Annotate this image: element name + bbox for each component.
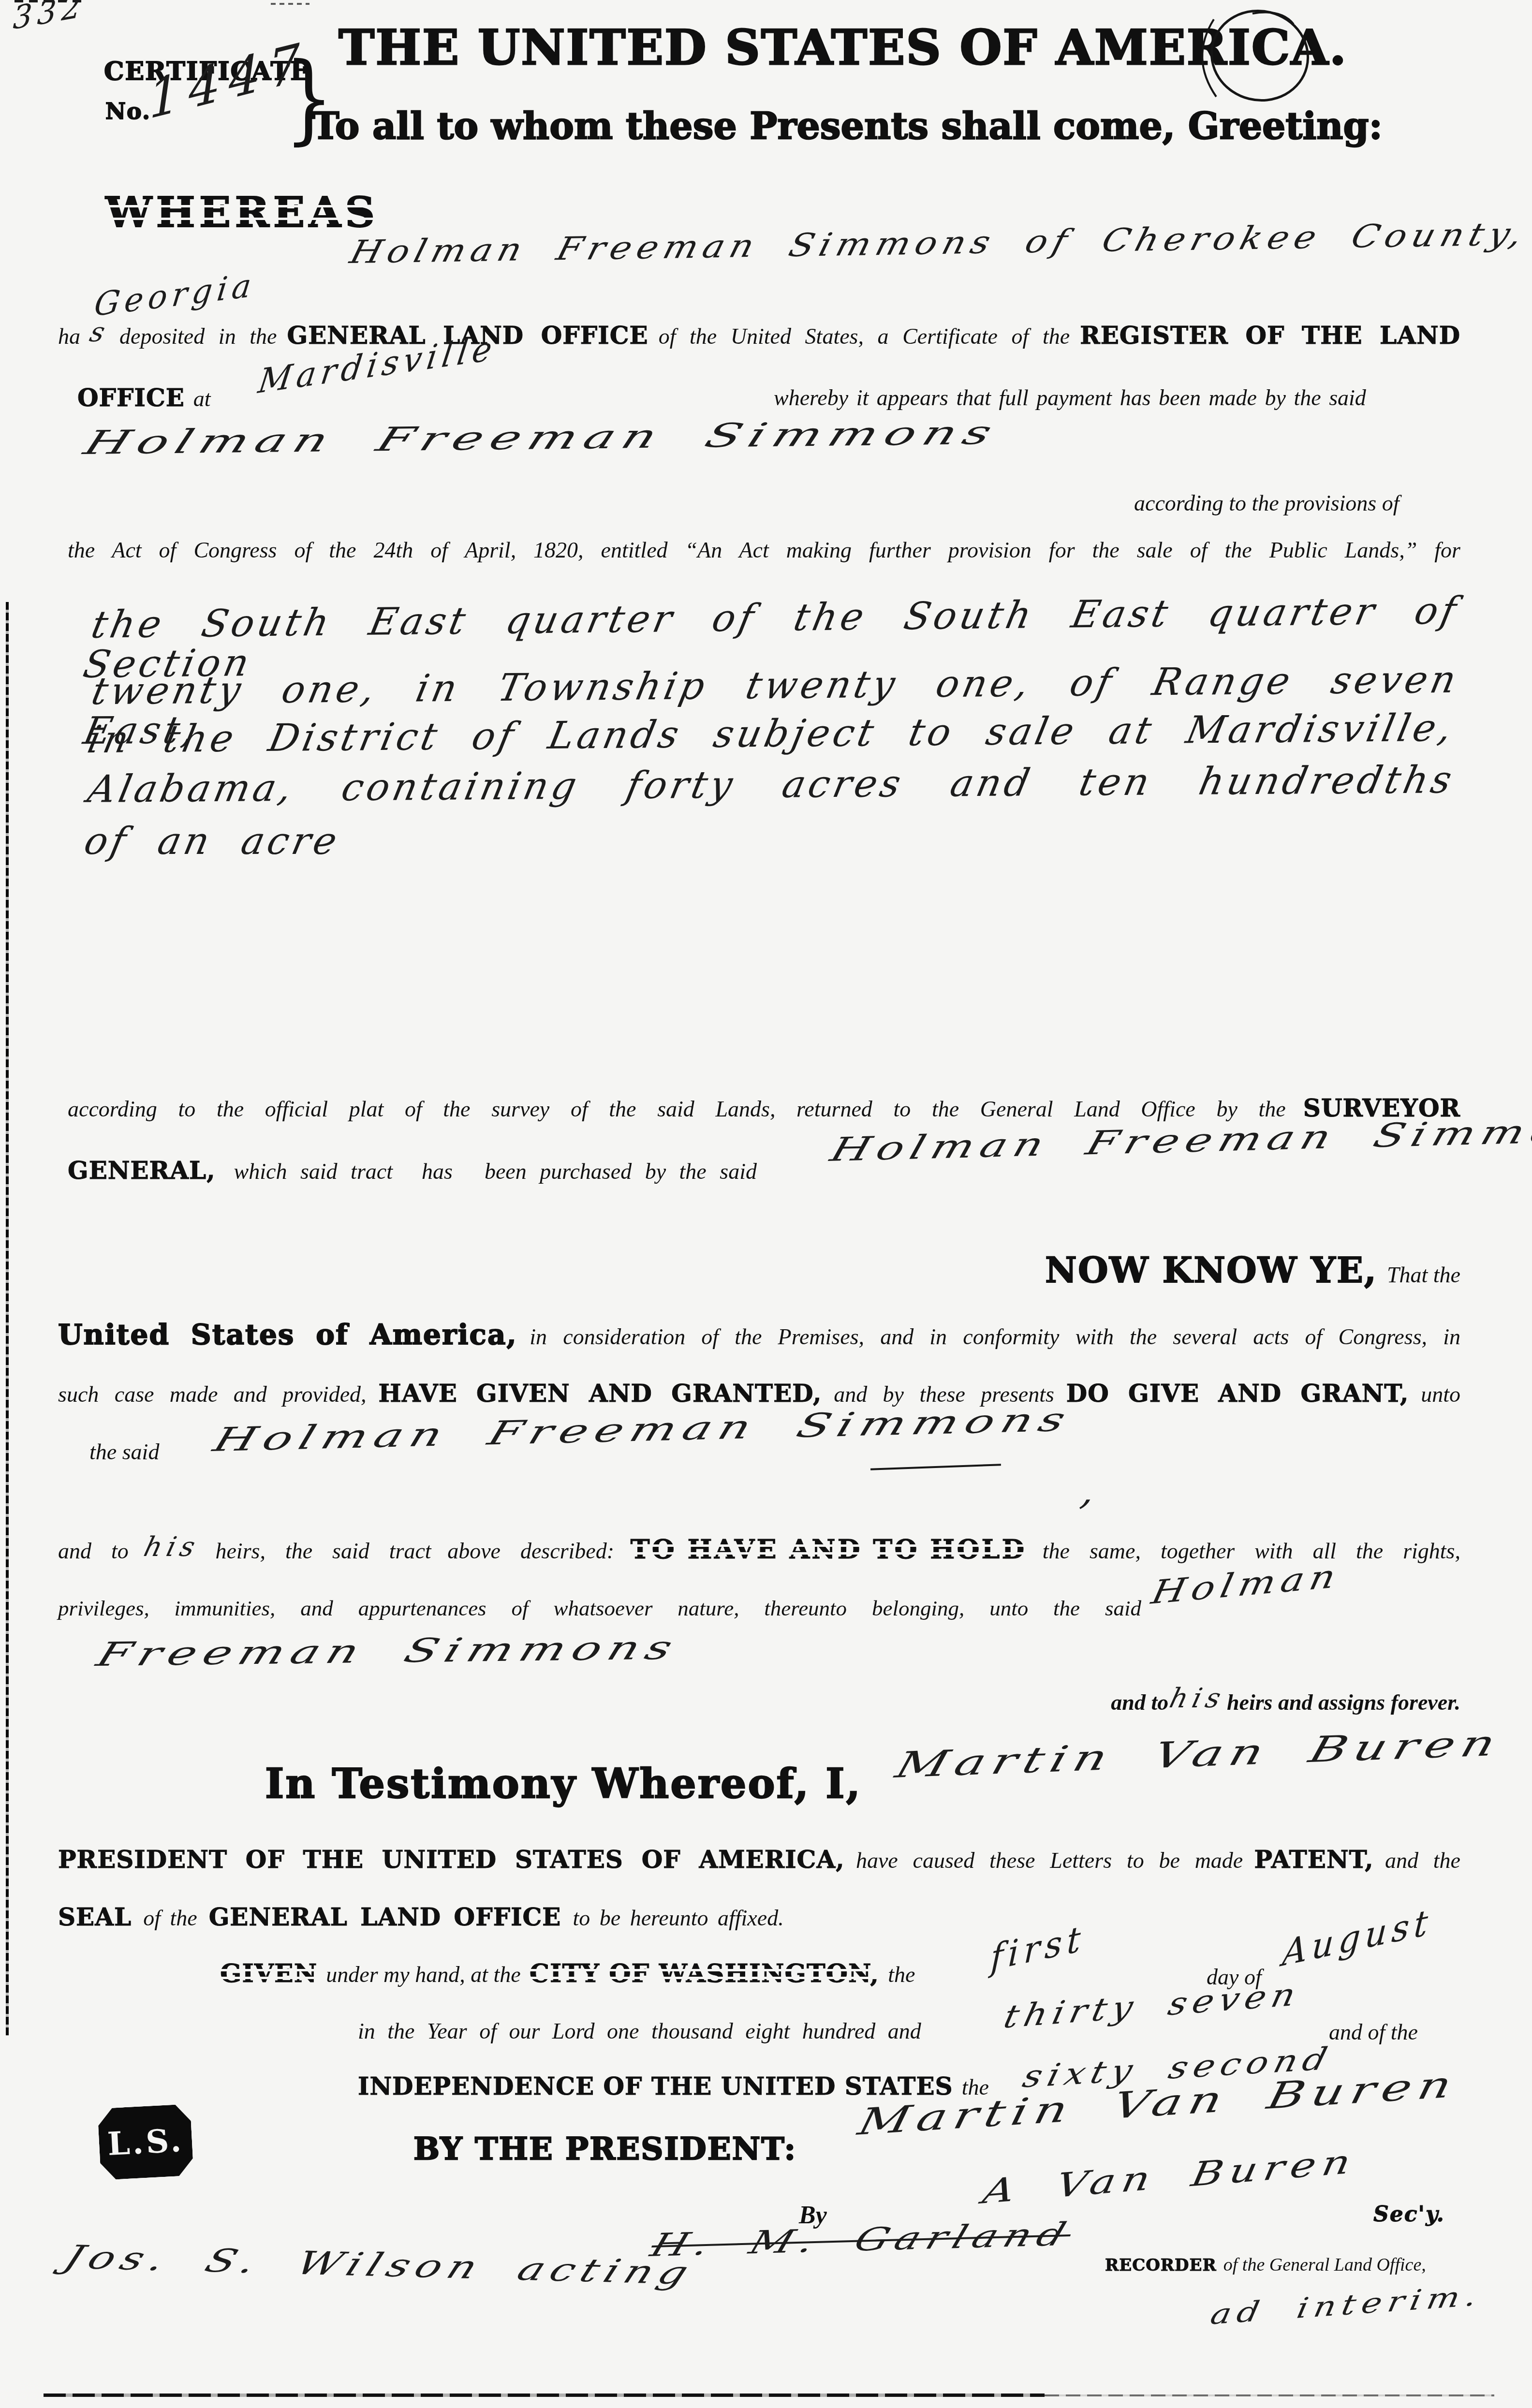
ad-interim-handwritten: ad interim.: [1208, 2280, 1485, 2330]
scan-edge-dashes-top-mid: [271, 3, 309, 5]
certificate-no-label: No.: [105, 100, 151, 124]
do-give-caps: DO GIVE AND GRANT,: [1066, 1379, 1409, 1408]
now-know-ye-line: NOW KNOW YE, That the: [1045, 1251, 1460, 1289]
have-given-caps: HAVE GIVEN AND GRANTED,: [378, 1379, 822, 1408]
the-said-label: the said: [89, 1440, 159, 1464]
described-text: above described:: [447, 1539, 614, 1563]
general-caps: GENERAL,: [68, 1156, 216, 1185]
president-of-us-caps: PRESIDENT OF THE UNITED STATES OF AMERIC…: [58, 1845, 845, 1874]
deposited-text: deposited in the: [119, 324, 277, 349]
usa-consideration-line: United States of America, in considerati…: [58, 1320, 1460, 1350]
such-case-text: such case made and provided,: [58, 1382, 367, 1407]
in-testimony-blackletter: In Testimony Whereof, I,: [265, 1762, 862, 1806]
and-of-the-text: and of the: [1329, 2020, 1418, 2044]
grantee-name-repeat: Holman Freeman Simmons: [209, 1402, 1076, 1458]
grantee-rest-name: Freeman Simmons: [92, 1630, 684, 1673]
to-have-line: and to his heirs, the said tract above d…: [58, 1536, 1460, 1564]
grant-line: such case made and provided, HAVE GIVEN …: [58, 1381, 1460, 1407]
signature-flourish-dash: [870, 1464, 1001, 1470]
provisions-line: according to the provisions of: [1134, 491, 1399, 515]
land-description-line-5: of an acre: [81, 821, 344, 862]
at-word: at: [193, 386, 211, 411]
deposited-line: ha s deposited in the GENERAL LAND OFFIC…: [58, 321, 1460, 350]
register-caps: REGISTER OF THE LAND: [1080, 321, 1460, 350]
the-word-1: the: [888, 1962, 915, 1987]
given-line: GIVEN under my hand, at the CITY OF WASH…: [220, 1960, 915, 1987]
president-name-signature-line: Martin Van Buren: [891, 1724, 1506, 1785]
general-purchased-line: GENERAL, which said tract has been purch…: [68, 1158, 757, 1184]
month-value-handwritten: August: [1281, 1902, 1433, 1973]
which-said-tract: which said tract: [234, 1159, 393, 1184]
deposited-ha: ha: [58, 324, 80, 349]
act-of-congress-line: the Act of Congress of the 24th of April…: [68, 539, 1460, 562]
scan-bottom-line-dark: [44, 2393, 1045, 2397]
recorder-office-text: of the General Land Office,: [1223, 2255, 1426, 2275]
and-the-text: and the: [1385, 1848, 1460, 1873]
land-description-line-4: Alabama, containing forty acres and ten …: [85, 761, 1458, 810]
secy-label: Sec'y.: [1373, 2203, 1445, 2226]
patent-caps: PATENT,: [1254, 1845, 1374, 1874]
privileges-line: privileges, immunities, and appurtenance…: [58, 1597, 1141, 1620]
caused-text: have caused these Letters to be made: [856, 1848, 1243, 1873]
scan-left-vertical-line: [6, 602, 9, 2036]
plat-text: according to the official plat of the su…: [68, 1097, 1286, 1121]
and-to-1: and to: [58, 1539, 129, 1563]
of-united-states-text: of the United States, a Certificate of t…: [659, 324, 1070, 349]
office-at-line: OFFICE at: [77, 385, 211, 411]
of-the-text: of the: [143, 1906, 197, 1930]
independence-line: INDEPENDENCE OF THE UNITED STATES the: [358, 2073, 989, 2100]
city-of-washington-caps: CITY OF WASHINGTON,: [530, 1960, 880, 1987]
recorder-title-line: RECORDER of the General Land Office,: [1105, 2255, 1426, 2275]
usa-fatface: United States of America,: [58, 1318, 517, 1351]
payer-name: Holman Freeman Simmons: [79, 415, 1004, 461]
grantee-name-line: Holman Freeman Simmons of Cherokee Count…: [346, 217, 1531, 269]
independence-caps: INDEPENDENCE OF THE UNITED STATES: [358, 2072, 953, 2100]
stray-comma-mark: ,: [1077, 1470, 1105, 1512]
his-handwritten-2: his: [1167, 1684, 1229, 1713]
ink-flourish-icon: [1180, 5, 1315, 106]
grantee-first-name: Holman: [1149, 1558, 1344, 1611]
deposited-s-handwritten: s: [87, 319, 113, 347]
given-caps: GIVEN: [220, 1960, 317, 1987]
glo-caps-2: GENERAL LAND OFFICE: [209, 1903, 561, 1931]
under-hand-text: under my hand, at the: [326, 1962, 520, 1987]
land-patent-document: 332 CERTIFICATE No. 1447 } THE UNITED ST…: [0, 0, 1532, 2408]
ls-seal-text: L.S.: [106, 2121, 185, 2163]
forever-text: heirs and assigns forever.: [1227, 1690, 1460, 1715]
plat-line: according to the official plat of the su…: [68, 1096, 1460, 1121]
and-to-2: and to: [1111, 1690, 1168, 1715]
president-caused-line: PRESIDENT OF THE UNITED STATES OF AMERIC…: [58, 1847, 1460, 1873]
forever-line: and to his heirs and assigns forever.: [1111, 1687, 1460, 1716]
year-value-handwritten: thirty seven: [1001, 1977, 1304, 2034]
grantee-state: Georgia: [92, 267, 258, 323]
now-know-ye-caps: NOW KNOW YE,: [1045, 1249, 1377, 1291]
land-description-line-3: in the District of Lands subject to sale…: [84, 709, 1458, 760]
same-text: the same, together with all the rights,: [1043, 1539, 1460, 1563]
by-the-president-label: BY THE PRESIDENT:: [413, 2132, 796, 2166]
affixed-text: to be hereunto affixed.: [573, 1906, 783, 1930]
that-the: That the: [1387, 1263, 1460, 1287]
struck-recorder-signature: H. M. Garland: [647, 2217, 1076, 2262]
year-lead-text: in the Year of our Lord one thousand eig…: [358, 2019, 921, 2043]
consideration-text: in consideration of the Premises, and in…: [530, 1324, 1460, 1349]
his-handwritten-1: his: [141, 1533, 203, 1562]
margin-page-number: 332: [13, 0, 86, 36]
day-value-handwritten: first: [990, 1919, 1086, 1978]
to-have-and-to-hold-caps: TO HAVE AND TO HOLD: [631, 1536, 1027, 1563]
unto-word: unto: [1421, 1382, 1460, 1407]
salutation-line: To all to whom these Presents shall come…: [312, 106, 1383, 146]
ls-seal-stamp: L.S.: [97, 2104, 193, 2180]
recorder-caps: RECORDER: [1105, 2256, 1217, 2275]
whereas-label: WHEREAS: [105, 191, 379, 235]
whereby-line: whereby it appears that full payment has…: [774, 386, 1366, 410]
seal-affixed-line: SEAL of the GENERAL LAND OFFICE to be he…: [58, 1904, 784, 1930]
seal-caps: SEAL: [58, 1903, 132, 1931]
scan-bottom-line-faint: [1045, 2394, 1494, 2396]
been-purchased: been purchased by the said: [485, 1159, 757, 1184]
acting-recorder-signature: Jos. S. Wilson acting: [59, 2240, 700, 2291]
has-word: has: [422, 1159, 453, 1184]
secretary-signature: A Van Buren: [980, 2144, 1359, 2210]
heirs-text: heirs, the said tract: [215, 1539, 431, 1563]
office-caps: OFFICE: [77, 383, 185, 412]
